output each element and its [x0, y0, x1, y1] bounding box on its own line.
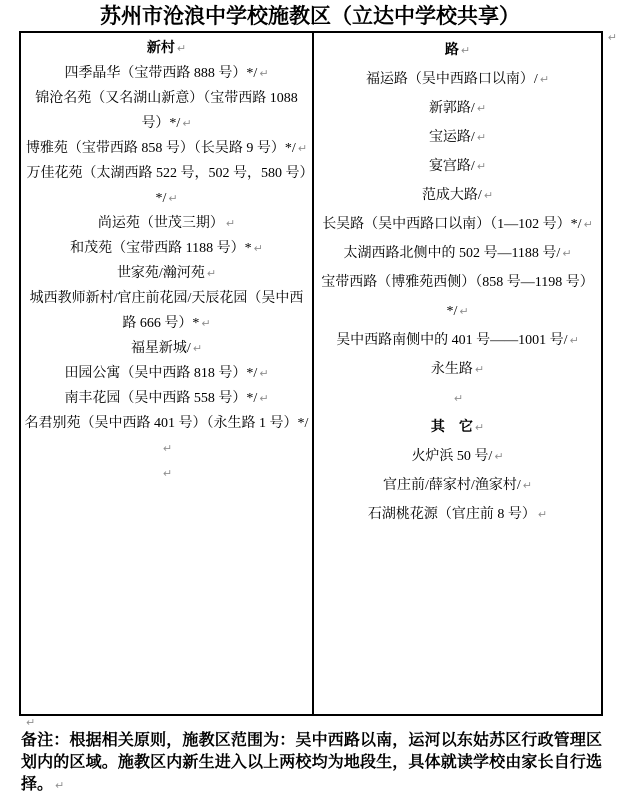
paragraph-mark: ↵ — [163, 442, 172, 455]
paragraph-mark: ↵ — [193, 342, 202, 355]
page-title: 苏州市沧浪中学校施教区（立达中学校共享） — [0, 0, 620, 29]
paragraph-mark: ↵ — [182, 117, 191, 130]
paragraph-mark: ↵ — [254, 242, 263, 255]
paragraph-mark: ↵ — [177, 42, 186, 55]
entry-text: 城西教师新村/官庄前花园/天辰花园（吴中西路 666 号）* — [30, 291, 304, 331]
paragraph-mark: ↵ — [207, 267, 216, 280]
paragraph-mark: ↵ — [461, 44, 470, 57]
list-item: 尚运苑（世茂三期）↵ — [21, 211, 312, 236]
column-header-road: 路↵ — [314, 36, 601, 65]
list-item: 南丰花园（吴中西路 558 号）*/↵ — [21, 386, 312, 411]
entry-text: 博雅苑（宝带西路 858 号）（长吴路 9 号）*/ — [26, 141, 296, 156]
list-item: 万佳花苑（太湖西路 522 号，502 号，580 号）*/↵ — [21, 161, 312, 211]
entry-text: 四季晶华（宝带西路 888 号）*/ — [64, 66, 257, 81]
roads-list: 福运路（吴中西路口以南）/↵新郭路/↵宝运路/↵宴宫路/↵范成大路/↵长吴路（吴… — [314, 65, 601, 413]
list-item: 名君别苑（吴中西路 401 号）（永生路 1 号）*/↵ — [21, 411, 312, 461]
xincun-list: 四季晶华（宝带西路 888 号）*/↵锦沧名苑（又名湖山新意）（宝带西路 108… — [21, 61, 312, 486]
list-item: 和茂苑（宝带西路 1188 号）*↵ — [21, 236, 312, 261]
entry-text: 太湖西路北侧中的 502 号—1188 号/ — [343, 246, 560, 261]
paragraph-mark: ↵ — [484, 189, 493, 202]
entry-text: 新郭路/ — [429, 101, 475, 116]
paragraph-mark: ↵ — [570, 334, 579, 347]
column-xincun: 新村↵ 四季晶华（宝带西路 888 号）*/↵锦沧名苑（又名湖山新意）（宝带西路… — [21, 33, 314, 714]
paragraph-mark: ↵ — [608, 31, 617, 44]
list-item: 永生路↵ — [314, 355, 601, 384]
paragraph-mark: ↵ — [259, 367, 268, 380]
note-text: 备注：根据相关原则，施教区范围为：吴中西路以南，运河以东姑苏区行政管理区划内的区… — [21, 732, 602, 793]
entry-text: 世家苑/瀚河苑 — [117, 266, 205, 281]
paragraph-mark: ↵ — [475, 421, 484, 434]
entry-text: 福星新城/ — [131, 341, 191, 356]
header-text: 路 — [445, 43, 459, 58]
list-item: 宝运路/↵ — [314, 123, 601, 152]
entry-text: 长吴路（吴中西路口以南）（1—102 号）*/ — [322, 217, 581, 232]
entry-text: 宝运路/ — [429, 130, 475, 145]
paragraph-mark: ↵ — [477, 131, 486, 144]
list-item: 四季晶华（宝带西路 888 号）*/↵ — [21, 61, 312, 86]
column-subheader-other: 其 它↵ — [314, 413, 601, 442]
empty-paragraph: ↵ — [24, 713, 35, 731]
entry-text: 尚运苑（世茂三期） — [98, 216, 224, 231]
paragraph-mark: ↵ — [55, 779, 64, 792]
entry-text: 宴宫路/ — [429, 159, 475, 174]
list-item: 宝带西路（博雅苑西侧）（858 号—1198 号）*/↵ — [314, 268, 601, 326]
entry-text: 万佳花苑（太湖西路 522 号，502 号，580 号）*/ — [27, 166, 307, 206]
entry-text: 永生路 — [431, 362, 473, 377]
paragraph-mark: ↵ — [26, 716, 35, 729]
paragraph-mark: ↵ — [201, 317, 210, 330]
paragraph-mark: ↵ — [298, 142, 307, 155]
paragraph-mark: ↵ — [584, 218, 593, 231]
list-item: 世家苑/瀚河苑↵ — [21, 261, 312, 286]
paragraph-mark: ↵ — [494, 450, 503, 463]
column-roads: 路↵ 福运路（吴中西路口以南）/↵新郭路/↵宝运路/↵宴宫路/↵范成大路/↵长吴… — [314, 33, 601, 714]
column-header-xincun: 新村↵ — [21, 36, 312, 61]
other-list: 火炉浜 50 号/↵官庄前/薛家村/渔家村/↵石湖桃花源（官庄前 8 号）↵ — [314, 442, 601, 529]
district-table: 新村↵ 四季晶华（宝带西路 888 号）*/↵锦沧名苑（又名湖山新意）（宝带西路… — [19, 31, 603, 716]
header-text: 其 它 — [431, 420, 473, 435]
list-item: 吴中西路南侧中的 401 号——1001 号/↵ — [314, 326, 601, 355]
entry-text: 南丰花园（吴中西路 558 号）*/ — [64, 391, 257, 406]
entry-text: 宝带西路（博雅苑西侧）（858 号—1198 号）*/ — [321, 275, 593, 319]
paragraph-mark: ↵ — [562, 247, 571, 260]
paragraph-mark: ↵ — [540, 73, 549, 86]
entry-text: 名君别苑（吴中西路 401 号）（永生路 1 号）*/ — [25, 416, 309, 431]
paragraph-mark: ↵ — [475, 363, 484, 376]
list-item: 太湖西路北侧中的 502 号—1188 号/↵ — [314, 239, 601, 268]
list-item: 火炉浜 50 号/↵ — [314, 442, 601, 471]
list-item: 范成大路/↵ — [314, 181, 601, 210]
paragraph-mark: ↵ — [523, 479, 532, 492]
paragraph-mark: ↵ — [259, 67, 268, 80]
entry-text: 石湖桃花源（官庄前 8 号） — [368, 507, 536, 522]
paragraph-mark: ↵ — [168, 192, 177, 205]
list-item: 石湖桃花源（官庄前 8 号）↵ — [314, 500, 601, 529]
paragraph-mark: ↵ — [163, 467, 172, 480]
list-item: 宴宫路/↵ — [314, 152, 601, 181]
document-page: 苏州市沧浪中学校施教区（立达中学校共享） ↵ 新村↵ 四季晶华（宝带西路 888… — [0, 0, 620, 804]
entry-text: 福运路（吴中西路口以南）/ — [366, 72, 538, 87]
list-item: 长吴路（吴中西路口以南）（1—102 号）*/↵ — [314, 210, 601, 239]
paragraph-mark: ↵ — [477, 102, 486, 115]
list-item: 博雅苑（宝带西路 858 号）（长吴路 9 号）*/↵ — [21, 136, 312, 161]
entry-text: 火炉浜 50 号/ — [411, 449, 492, 464]
list-item: 官庄前/薛家村/渔家村/↵ — [314, 471, 601, 500]
paragraph-mark: ↵ — [459, 305, 468, 318]
list-item: 锦沧名苑（又名湖山新意）（宝带西路 1088 号）*/↵ — [21, 86, 312, 136]
paragraph-mark: ↵ — [259, 392, 268, 405]
entry-text: 田园公寓（吴中西路 818 号）*/ — [64, 366, 257, 381]
entry-text: 锦沧名苑（又名湖山新意）（宝带西路 1088 号）*/ — [35, 91, 298, 131]
list-item: 新郭路/↵ — [314, 94, 601, 123]
entry-text: 范成大路/ — [422, 188, 482, 203]
paragraph-mark: ↵ — [454, 392, 463, 405]
paragraph-mark: ↵ — [538, 508, 547, 521]
list-item: 福运路（吴中西路口以南）/↵ — [314, 65, 601, 94]
list-item: ↵ — [314, 384, 601, 413]
list-item: 田园公寓（吴中西路 818 号）*/↵ — [21, 361, 312, 386]
entry-text: 和茂苑（宝带西路 1188 号）* — [70, 241, 251, 256]
note-paragraph: 备注：根据相关原则，施教区范围为：吴中西路以南，运河以东姑苏区行政管理区划内的区… — [21, 730, 602, 797]
entry-text: 官庄前/薛家村/渔家村/ — [383, 478, 521, 493]
list-item: 福星新城/↵ — [21, 336, 312, 361]
paragraph-mark: ↵ — [226, 217, 235, 230]
list-item: ↵ — [21, 461, 312, 486]
list-item: 城西教师新村/官庄前花园/天辰花园（吴中西路 666 号）*↵ — [21, 286, 312, 336]
paragraph-mark: ↵ — [477, 160, 486, 173]
header-text: 新村 — [147, 41, 175, 56]
entry-text: 吴中西路南侧中的 401 号——1001 号/ — [336, 333, 567, 348]
